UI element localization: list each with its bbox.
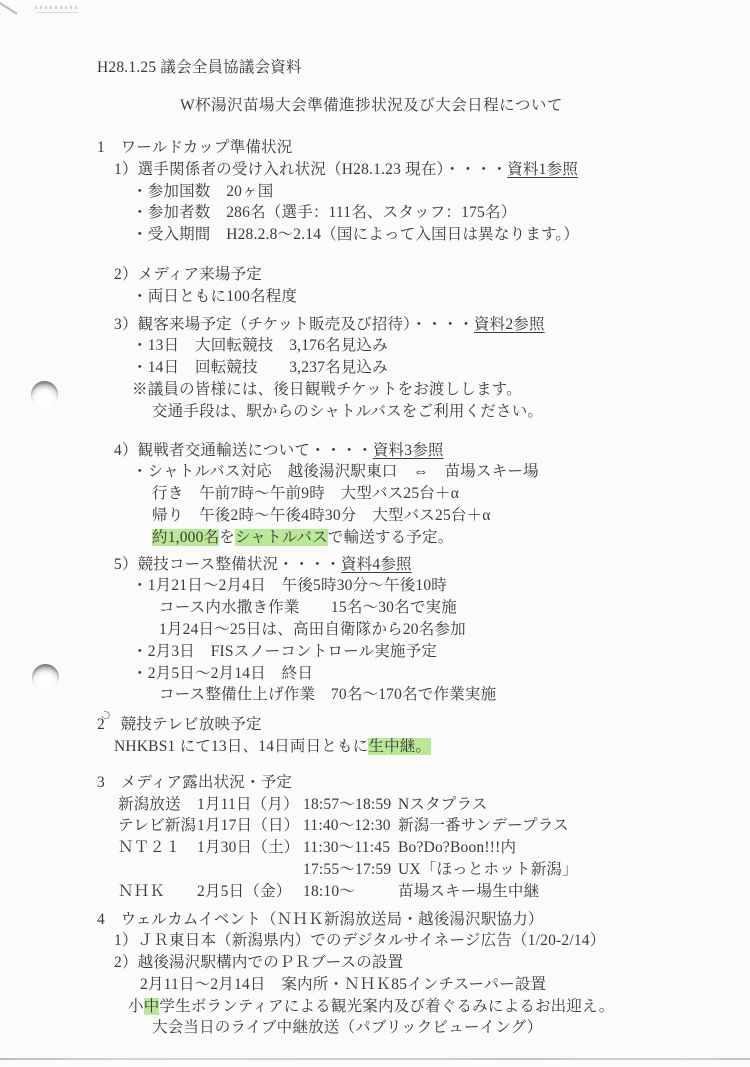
doc-header: H28.1.25 議会全員協議会資料 <box>97 57 750 79</box>
doc-line: 4 ウェルカムイベント（ＮＨＫ新潟放送局・越後湯沢駅協力） <box>97 909 750 931</box>
media-schedule-cell: 1月30日（土） <box>197 837 303 859</box>
text-span: コース整備仕上げ作業 70名〜170名で作業実施 <box>159 686 496 703</box>
doc-line: ・2月3日 FISスノーコントロール実施予定 <box>132 641 750 663</box>
doc-line: 17:55〜17:59UX「ほっとホット新潟」 <box>118 859 750 881</box>
text-span: ・シャトルバス対応 越後湯沢駅東口 ⇔ 苗場スキー場 <box>132 463 539 480</box>
doc-line: 帰り 午後2時〜午後4時30分 大型バス25台＋α <box>152 505 750 527</box>
doc-line: 1）ＪＲ東日本（新潟県内）でのデジタルサイネージ広告（1/20-2/14） <box>114 930 750 952</box>
doc-line: 小中学生ボランティアによる観光案内及び着ぐるみによるお出迎え。 <box>128 996 750 1018</box>
doc-line: 約1,000名をシャトルバスで輸送する予定。 <box>152 527 750 549</box>
text-span: ・14日 回転競技 3,237名見込み <box>132 359 388 376</box>
reference-underlined-text: 資料3参照 <box>373 442 444 459</box>
media-schedule-cell: 11:30〜11:45 <box>303 837 398 859</box>
text-span: ・13日 大回転競技 3,176名見込み <box>132 337 388 354</box>
text-span: 4 ウェルカムイベント（ＮＨＫ新潟放送局・越後湯沢駅協力） <box>97 911 544 928</box>
doc-title: W杯湯沢苗場大会準備進捗状況及び大会日程について <box>180 95 750 117</box>
highlighted-text: 約1,000名 <box>152 529 219 546</box>
text-span: 2）メディア来場予定 <box>114 266 262 283</box>
text-span: 2）越後湯沢駅構内でのＰＲブースの設置 <box>114 954 403 971</box>
text-span: 1 ワールドカップ準備状況 <box>97 139 292 156</box>
media-schedule-cell: 1月17日（日） <box>197 815 303 837</box>
doc-line: ＮＴ２１1月30日（土）11:30〜11:45Bo?Do?Boon!!!内 <box>118 837 750 859</box>
text-span: を <box>219 529 235 546</box>
doc-line: ・シャトルバス対応 越後湯沢駅東口 ⇔ 苗場スキー場 <box>132 461 750 483</box>
doc-line: ・2月5日〜2月14日 終日 <box>132 663 750 685</box>
scan-noise-mark <box>35 6 79 9</box>
reference-underlined-text: 資料2参照 <box>474 316 545 333</box>
doc-line: 3）観客来場予定（チケット販売及び招待）・・・・資料2参照 <box>114 314 750 336</box>
media-schedule-cell: 1月11日（月） <box>197 794 303 816</box>
highlighted-text: 中 <box>144 998 160 1015</box>
doc-line: コース内水撒き作業 15名〜30名で実施 <box>159 597 750 619</box>
media-schedule-cell: Bo?Do?Boon!!!内 <box>398 837 516 859</box>
doc-line: ＮＨＫ2月5日（金）18:10〜苗場スキー場生中継 <box>118 881 750 903</box>
text-span: 1月24日〜25日は、高田自衛隊から20名参加 <box>159 621 466 638</box>
doc-line: 大会当日のライブ中継放送（パブリックビューイング） <box>152 1017 750 1039</box>
doc-line: ・1月21日〜2月4日 午後5時30分〜午後10時 <box>132 575 750 597</box>
media-schedule-cell: ＮＴ２１ <box>118 837 197 859</box>
media-schedule-cell: テレビ新潟 <box>118 815 197 837</box>
text-span: ・受入期間 H28.2.8〜2.14（国によって入国日は異なります。） <box>132 226 579 243</box>
text-span: 3 メディア露出状況・予定 <box>97 774 292 791</box>
media-schedule-cell: 18:57〜18:59 <box>303 794 398 816</box>
scan-corner-mark <box>0 0 17 15</box>
doc-line: ・両日ともに100名程度 <box>132 286 750 308</box>
doc-line: 交通手段は、駅からのシャトルバスをご利用ください。 <box>152 401 750 423</box>
text-span: 交通手段は、駅からのシャトルバスをご利用ください。 <box>152 403 543 420</box>
text-span: ・1月21日〜2月4日 午後5時30分〜午後10時 <box>132 577 447 594</box>
text-span: NHKBS1 にて13日、14日両日ともに <box>114 738 368 755</box>
text-span: ・2月3日 FISスノーコントロール実施予定 <box>132 643 437 660</box>
text-span: ・参加国数 20ヶ国 <box>132 183 274 200</box>
doc-line: 5）競技コース整備状況・・・・資料4参照 <box>114 554 750 576</box>
doc-line: 2 競技テレビ放映予定 <box>97 714 750 736</box>
doc-line: ・14日 回転競技 3,237名見込み <box>132 357 750 379</box>
doc-line: ・参加者数 286名（選手：111名、スタッフ：175名） <box>132 202 750 224</box>
text-span: ・参加者数 286名（選手：111名、スタッフ：175名） <box>132 204 516 221</box>
doc-line: 1 ワールドカップ準備状況 <box>97 137 750 159</box>
text-span: ※議員の皆様には、後日観戦チケットをお渡しします。 <box>132 381 522 398</box>
text-span: 2 競技テレビ放映予定 <box>97 716 262 733</box>
reference-underlined-text: 資料1参照 <box>507 161 578 178</box>
media-schedule-cell: Nスタプラス <box>398 794 487 816</box>
doc-line: 2）越後湯沢駅構内でのＰＲブースの設置 <box>114 952 750 974</box>
media-schedule-cell: 17:55〜17:59 <box>303 859 398 881</box>
text-span: 1）ＪＲ東日本（新潟県内）でのデジタルサイネージ広告（1/20-2/14） <box>114 932 605 949</box>
doc-line: 2月11日〜2月14日 案内所・ＮＨＫ85インチスーパー設置 <box>140 974 750 996</box>
doc-line: ・参加国数 20ヶ国 <box>132 181 750 203</box>
text-span: 3）観客来場予定（チケット販売及び招待）・・・・ <box>114 316 474 333</box>
text-span: 小 <box>128 998 144 1015</box>
text-span: コース内水撒き作業 15名〜30名で実施 <box>159 599 457 616</box>
doc-line: 新潟放送1月11日（月）18:57〜18:59Nスタプラス <box>118 794 750 816</box>
doc-line: ※議員の皆様には、後日観戦チケットをお渡しします。 <box>132 379 750 401</box>
media-schedule-cell: 18:10〜 <box>303 881 398 903</box>
doc-line: 行き 午前7時〜午前9時 大型バス25台＋α <box>152 483 750 505</box>
scan-edge-line <box>0 1058 750 1060</box>
media-schedule-cell: 新潟放送 <box>118 794 197 816</box>
doc-line: 2）メディア来場予定 <box>114 264 750 286</box>
doc-line: 1月24日〜25日は、高田自衛隊から20名参加 <box>159 619 750 641</box>
doc-line: ・受入期間 H28.2.8〜2.14（国によって入国日は異なります。） <box>132 224 750 246</box>
text-span: 1）選手関係者の受け入れ状況（H28.1.23 現在）・・・・ <box>114 161 507 178</box>
text-span: 2月11日〜2月14日 案内所・ＮＨＫ85インチスーパー設置 <box>140 976 546 993</box>
text-span: で輸送する予定。 <box>328 529 454 546</box>
text-span: ・2月5日〜2月14日 終日 <box>132 665 313 682</box>
doc-line: ・13日 大回転競技 3,176名見込み <box>132 335 750 357</box>
document-body: 1 ワールドカップ準備状況1）選手関係者の受け入れ状況（H28.1.23 現在）… <box>0 137 750 1039</box>
highlighted-text: シャトルバス <box>235 529 328 546</box>
doc-line: コース整備仕上げ作業 70名〜170名で作業実施 <box>159 684 750 706</box>
media-schedule-cell: 苗場スキー場生中継 <box>398 881 539 903</box>
media-schedule-cell: UX「ほっとホット新潟」 <box>398 859 578 881</box>
text-span: 5）競技コース整備状況・・・・ <box>114 556 341 573</box>
doc-line: 4）観戦者交通輸送について・・・・資料3参照 <box>114 440 750 462</box>
text-span: 行き 午前7時〜午前9時 大型バス25台＋α <box>152 485 459 502</box>
reference-underlined-text: 資料4参照 <box>341 556 412 573</box>
text-span: 帰り 午後2時〜午後4時30分 大型バス25台＋α <box>152 507 491 524</box>
text-span: ・両日ともに100名程度 <box>132 288 297 305</box>
media-schedule-cell: 11:40〜12:30 <box>303 815 398 837</box>
doc-line: 1）選手関係者の受け入れ状況（H28.1.23 現在）・・・・資料1参照 <box>114 159 750 181</box>
media-schedule-cell: 新潟一番サンデープラス <box>398 815 569 837</box>
highlighted-text: 生中継。 <box>368 738 431 755</box>
text-span: 4）観戦者交通輸送について・・・・ <box>114 442 373 459</box>
doc-line: 3 メディア露出状況・予定 <box>97 772 750 794</box>
media-schedule-cell: ＮＨＫ <box>118 881 197 903</box>
text-span: 学生ボランティアによる観光案内及び着ぐるみによるお出迎え。 <box>159 998 614 1015</box>
document-page: H28.1.25 議会全員協議会資料 W杯湯沢苗場大会準備進捗状況及び大会日程に… <box>0 0 750 1067</box>
media-schedule-cell: 2月5日（金） <box>197 881 303 903</box>
text-span: 大会当日のライブ中継放送（パブリックビューイング） <box>152 1019 543 1036</box>
doc-line: NHKBS1 にて13日、14日両日ともに生中継。 <box>114 736 750 758</box>
hole-punch-mark-bottom <box>32 664 59 691</box>
doc-line: テレビ新潟1月17日（日）11:40〜12:30新潟一番サンデープラス <box>118 815 750 837</box>
hole-punch-mark-top <box>31 381 58 408</box>
